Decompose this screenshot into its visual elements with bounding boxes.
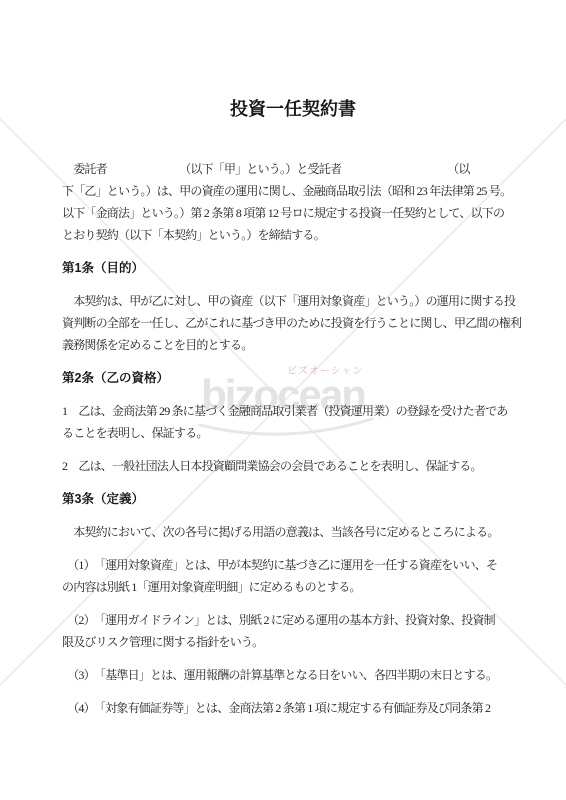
document-content: 投資一任契約書 委託者 （以下「甲」という。）と受託者 （以 下「乙」という。）… xyxy=(62,0,524,730)
article-2-item-2: 2 乙は、一般社団法人日本投資顧問業協会の会員であることを表明し、保証する。 xyxy=(62,455,524,477)
doc-line: 下「乙」という。）は、甲の資産の運用に関し、金融商品取引法（昭和 23 年法律第… xyxy=(62,180,524,202)
definition-item-1: （1） 「運用対象資産」とは、甲が本契約に基づき乙に運用を一任する資産をいい、そ… xyxy=(62,554,524,598)
doc-line: （4） 「対象有価証券等」とは、金商法第 2 条第 1 項に規定する有価証券及び… xyxy=(62,697,524,719)
doc-line: ることを表明し、保証する。 xyxy=(62,422,524,444)
doc-line: 本契約において、次の各号に掲げる用語の意義は、当該各号に定めるところによる。 xyxy=(62,521,524,543)
article-2-heading: 第2条（乙の資格） xyxy=(62,367,524,389)
article-2-item-1: 1 乙は、金商法第 29 条に基づく金融商品取引業者（投資運用業）の登録を受けた… xyxy=(62,400,524,444)
doc-line: 限及びリスク管理に関する指針をいう。 xyxy=(62,631,524,653)
definition-item-4: （4） 「対象有価証券等」とは、金商法第 2 条第 1 項に規定する有価証券及び… xyxy=(62,697,524,719)
doc-line: 本契約は、甲が乙に対し、甲の資産（以下「運用対象資産」という。）の運用に関する投 xyxy=(62,290,524,312)
doc-line: 1 乙は、金商法第 29 条に基づく金融商品取引業者（投資運用業）の登録を受けた… xyxy=(62,400,524,422)
doc-line: （2） 「運用ガイドライン」とは、別紙 2 に定める運用の基本方針、投資対象、投… xyxy=(62,609,524,631)
preamble-paragraph: 委託者 （以下「甲」という。）と受託者 （以 下「乙」という。）は、甲の資産の運… xyxy=(62,158,524,246)
article-3-intro: 本契約において、次の各号に掲げる用語の意義は、当該各号に定めるところによる。 xyxy=(62,521,524,543)
definition-item-2: （2） 「運用ガイドライン」とは、別紙 2 に定める運用の基本方針、投資対象、投… xyxy=(62,609,524,653)
doc-line: 委託者 （以下「甲」という。）と受託者 （以 xyxy=(62,158,524,180)
doc-line: （3） 「基準日」とは、運用報酬の計算基準となる日をいい、各四半期の末日とする。 xyxy=(62,664,524,686)
doc-line: の内容は別紙 1「運用対象資産明細」に定めるものとする。 xyxy=(62,576,524,598)
doc-line: 2 乙は、一般社団法人日本投資顧問業協会の会員であることを表明し、保証する。 xyxy=(62,455,524,477)
article-1-paragraph: 本契約は、甲が乙に対し、甲の資産（以下「運用対象資産」という。）の運用に関する投… xyxy=(62,290,524,356)
doc-line: 資判断の全部を一任し、乙がこれに基づき甲のために投資を行うことに関し、甲乙間の権… xyxy=(62,312,524,334)
document-page: ビズオーシャン bizocean 投資一任契約書 委託者 （以下「甲」という。）… xyxy=(0,0,566,800)
article-1-heading: 第1条（目的） xyxy=(62,257,524,279)
definition-item-3: （3） 「基準日」とは、運用報酬の計算基準となる日をいい、各四半期の末日とする。 xyxy=(62,664,524,686)
doc-line: 義務関係を定めることを目的とする。 xyxy=(62,334,524,356)
doc-line: 以下「金商法」という。）第 2 条第 8 項第 12 号ロに規定する投資一任契約… xyxy=(62,202,524,224)
document-title: 投資一任契約書 xyxy=(62,98,524,120)
article-3-heading: 第3条（定義） xyxy=(62,488,524,510)
doc-line: とおり契約（以下「本契約」という。）を締結する。 xyxy=(62,224,524,246)
doc-line: （1） 「運用対象資産」とは、甲が本契約に基づき乙に運用を一任する資産をいい、そ xyxy=(62,554,524,576)
